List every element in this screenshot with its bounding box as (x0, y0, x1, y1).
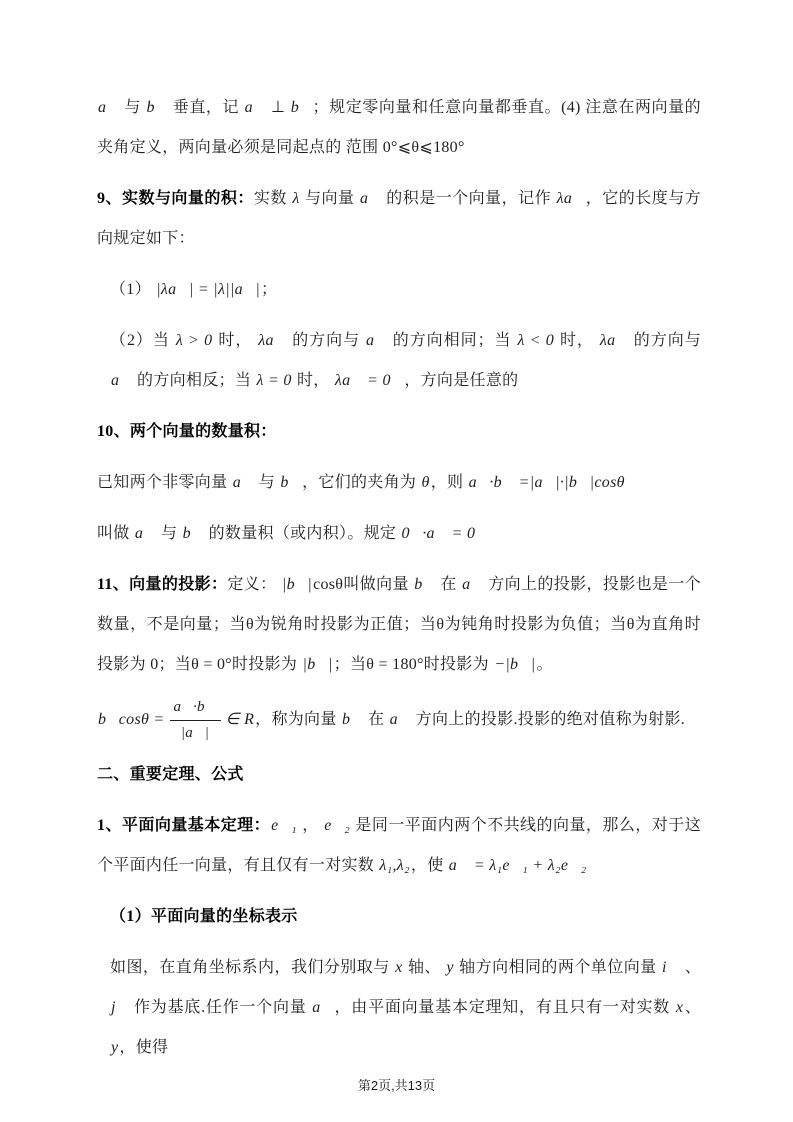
theorem-1-heading: 1、平面向量基本定理： (97, 817, 270, 834)
formula-prefix: b⃗cosθ = (97, 700, 166, 740)
formula-membership: ∈ R (225, 700, 256, 740)
section-9-scalar-vector-product: 9、实数与向量的积：实数 λ 与向量 a⃗ 的积是一个向量，记作 λa⃗，它的长… (97, 179, 701, 259)
coordinate-representation-heading: （1）平面向量的坐标表示 (97, 897, 701, 937)
coordinate-representation-title: （1）平面向量的坐标表示 (110, 908, 298, 925)
section-9-item-2: （2）当 λ > 0 时， λa⃗ 的方向与 a⃗ 的方向相同；当 λ < 0 … (97, 321, 701, 401)
section-11-vector-projection: 11、向量的投影：定义： |b⃗|cosθ叫做向量 b⃗ 在 a⃗ 方向上的投影… (97, 565, 701, 685)
theorem-1-basic-theorem: 1、平面向量基本定理：e⃗₁ ， e⃗₂ 是同一平面内两个不共线的向量，那么，对… (97, 806, 701, 886)
part-2-title: 二、重要定理、公式 (97, 766, 244, 783)
coordinate-representation-text: 如图，在直角坐标系内，我们分别取与 x 轴、 y 轴方向相同的两个单位向量 i⃗… (97, 948, 701, 1068)
section-10-definition: 已知两个非零向量 a⃗ 与 b⃗，它们的夹角为 θ，则 a⃗·b⃗ =|a⃗|·… (97, 463, 701, 503)
section-9-heading: 9、实数与向量的积： (97, 190, 254, 207)
section-10-heading: 10、两个向量的数量积： (97, 412, 701, 452)
fraction: a⃗·b⃗|a⃗| (170, 696, 221, 744)
section-10-title: 10、两个向量的数量积： (97, 423, 277, 440)
formula-description: ，称为向量 b⃗ 在 a⃗ 方向上的投影.投影的绝对值称为射影. (255, 700, 685, 740)
part-2-heading: 二、重要定理、公式 (97, 755, 701, 795)
fraction-numerator: a⃗·b⃗ (170, 696, 221, 721)
section-10-inner-product-note: 叫做 a⃗ 与 b⃗ 的数量积（或内积）。规定 0⃗·a⃗ = 0 (97, 514, 701, 554)
projection-formula: b⃗cosθ =a⃗·b⃗|a⃗|∈ R，称为向量 b⃗ 在 a⃗ 方向上的投影… (97, 696, 701, 744)
fraction-denominator: |a⃗| (177, 721, 213, 745)
document-page: a⃗ 与 b⃗ 垂直，记 a⃗ ⊥ b⃗；规定零向量和任意向量都垂直。(4) 注… (97, 88, 701, 1079)
section-11-heading: 11、向量的投影： (97, 576, 227, 593)
paragraph-perpendicular-rule: a⃗ 与 b⃗ 垂直，记 a⃗ ⊥ b⃗；规定零向量和任意向量都垂直。(4) 注… (97, 88, 701, 168)
page-number-footer: 第2页,共13页 (0, 1075, 793, 1094)
section-9-item-1: （1） |λa⃗| = |λ||a⃗|； (97, 270, 701, 310)
